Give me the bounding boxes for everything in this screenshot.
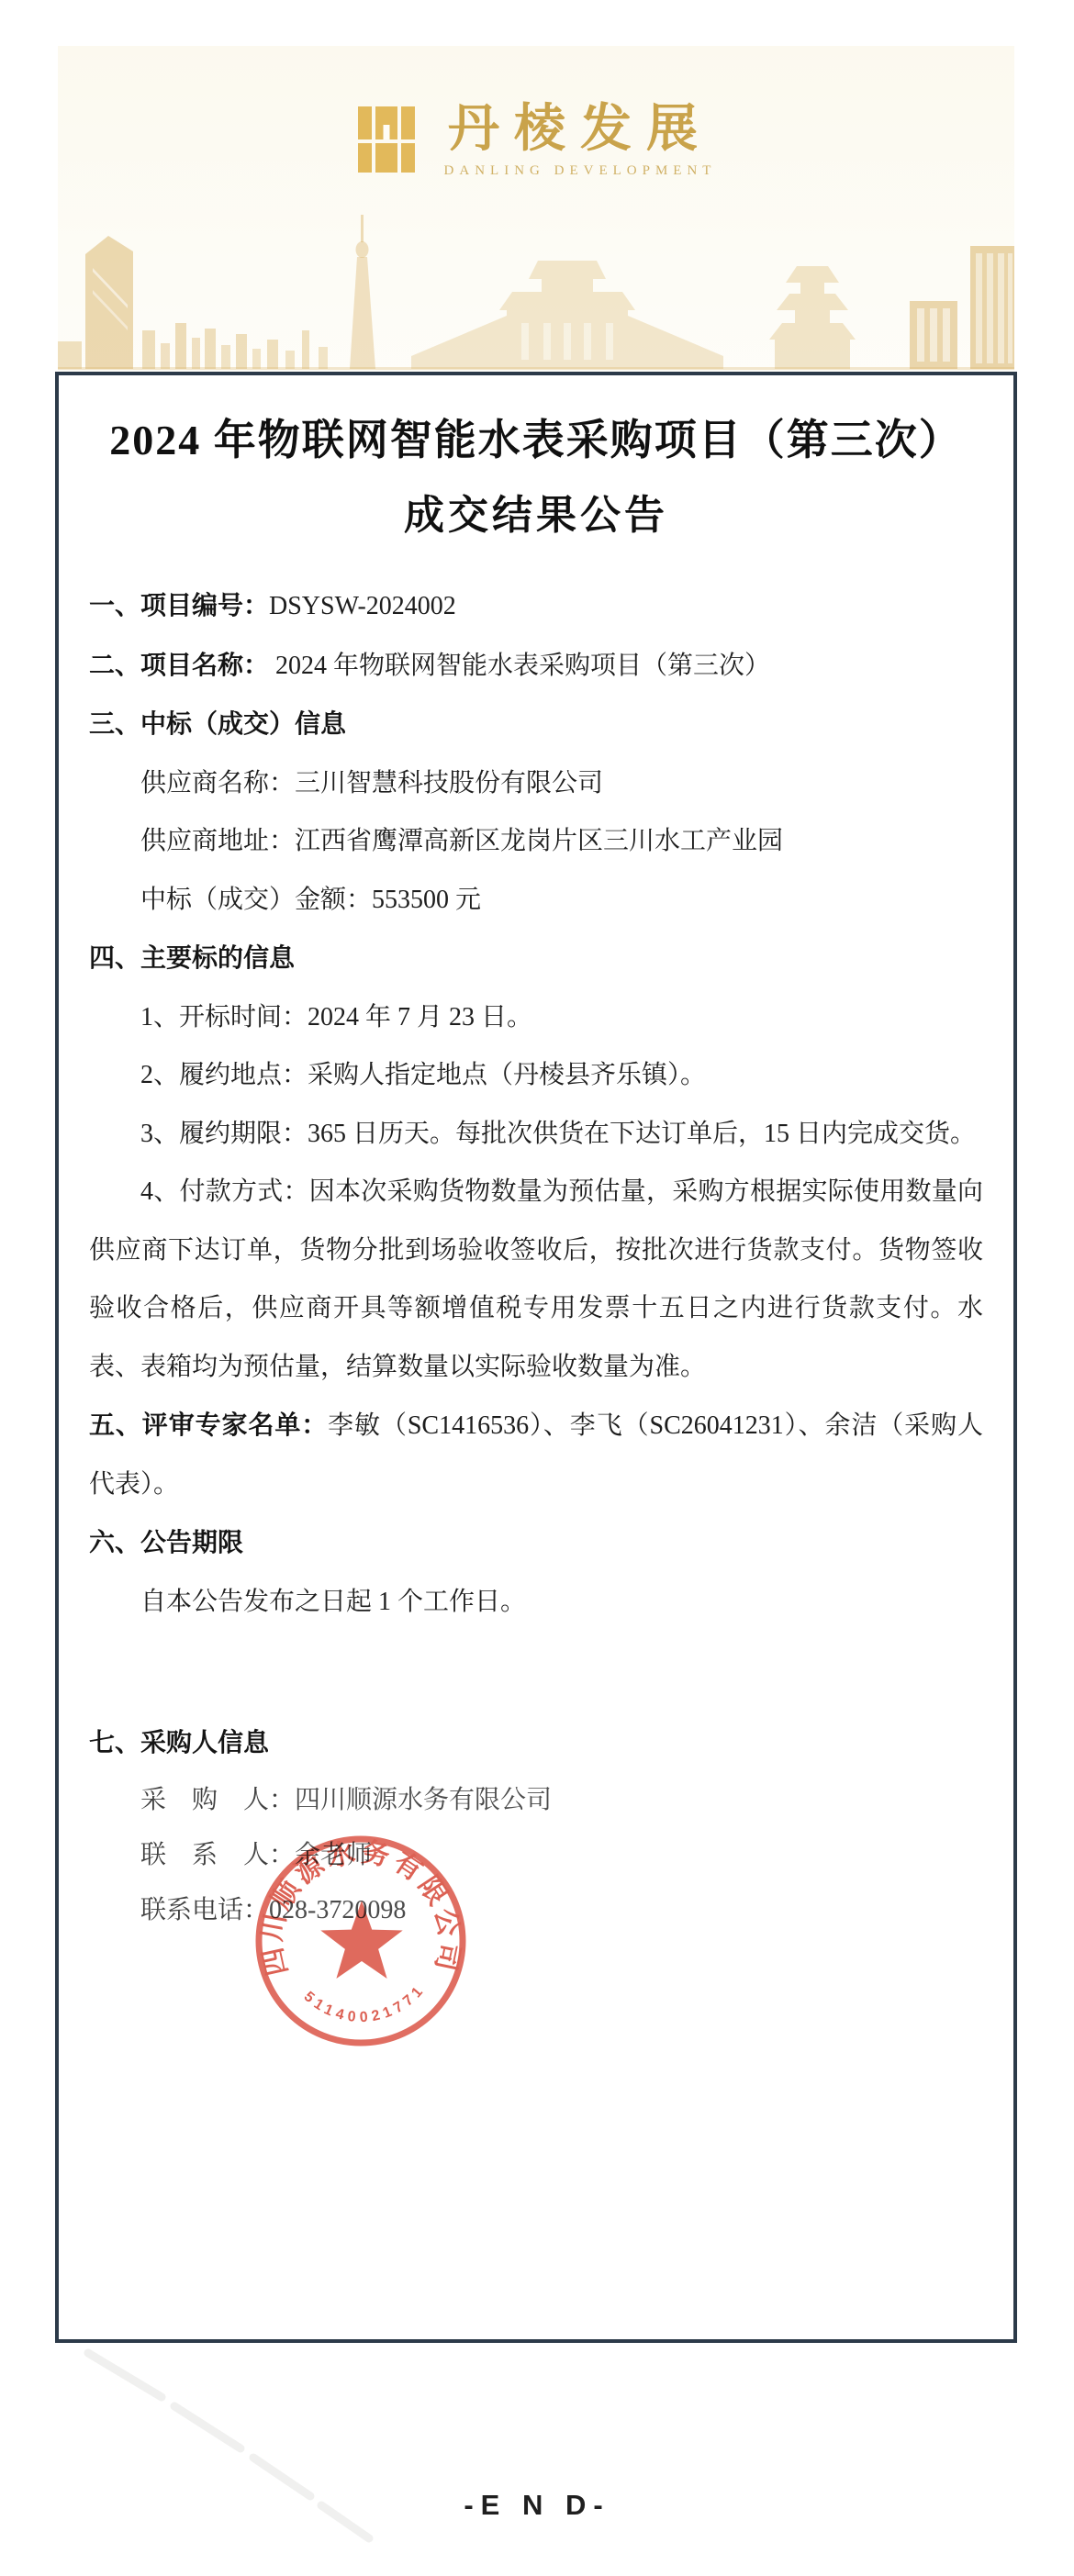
doc-line-announcement-duration: 自本公告发布之日起 1 个工作日。 [89,1573,983,1632]
doc-line-performance-place: 2、履约地点：采购人指定地点（丹棱县齐乐镇）。 [89,1046,983,1105]
seal-star-icon [320,1901,402,1979]
doc-line-expert-list: 五、评审专家名单：李敏（SC1416536）、李飞（SC26041231）、余洁… [89,1396,983,1513]
brand-name-en: DANLING DEVELOPMENT [444,163,717,179]
doc-paragraph-performance-period: 3、履约期限：365 日历天。每批次供货在下达订单后，15 日内完成交货。 [89,1105,983,1164]
faint-streaks-decoration [0,2340,477,2576]
doc-body: 一、项目编号：DSYSW-2024002 二、项目名称： 2024 年物联网智能… [89,576,983,1938]
doc-line-project-name: 二、项目名称： 2024 年物联网智能水表采购项目（第三次） [89,636,983,696]
city-skyline-icon [58,213,1014,374]
doc-line-contact-phone: 联系电话：028-3720098 [89,1883,983,1938]
doc-line-supplier-address: 供应商地址：江西省鹰潭高新区龙岗片区三川水工产业园 [89,812,983,871]
doc-line-supplier-name: 供应商名称：三川智慧科技股份有限公司 [89,754,983,813]
svg-text:51140021771: 51140021771 [301,1981,430,2026]
doc-title-line1: 2024 年物联网智能水表采购项目（第三次） [89,408,983,473]
doc-heading-announcement-period: 六、公告期限 [89,1513,983,1573]
doc-line-contact-person: 联 系 人：余老师 [89,1828,983,1883]
seal-serial-number: 51140021771 [301,1981,430,2026]
doc-line-project-number: 一、项目编号：DSYSW-2024002 [89,576,983,636]
danling-logo-icon [358,106,417,176]
end-label: -E N D- [0,2489,1074,2522]
doc-heading-purchaser-info: 七、采购人信息 [89,1713,983,1773]
doc-heading-award-info: 三、中标（成交）信息 [89,695,983,754]
announcement-document: 2024 年物联网智能水表采购项目（第三次） 成交结果公告 一、项目编号：DSY… [55,372,1017,2343]
doc-paragraph-payment-method: 4、付款方式：因本次采购货物数量为预估量，采购方根据实际使用数量向供应商下达订单… [89,1163,983,1396]
brand-header: 丹棱发展 DANLING DEVELOPMENT [0,99,1074,179]
company-seal-stamp: 四川顺源水务有限公司 51140021771 [232,1812,489,2069]
brand-name-cn: 丹棱发展 [444,99,717,160]
brand-text: 丹棱发展 DANLING DEVELOPMENT [444,99,717,179]
doc-title-line2: 成交结果公告 [89,484,983,548]
doc-line-purchaser: 采 购 人：四川顺源水务有限公司 [89,1773,983,1828]
doc-line-award-amount: 中标（成交）金额：553500 元 [89,871,983,930]
doc-heading-subject-info: 四、主要标的信息 [89,929,983,988]
doc-line-bid-opening-time: 1、开标时间：2024 年 7 月 23 日。 [89,988,983,1047]
